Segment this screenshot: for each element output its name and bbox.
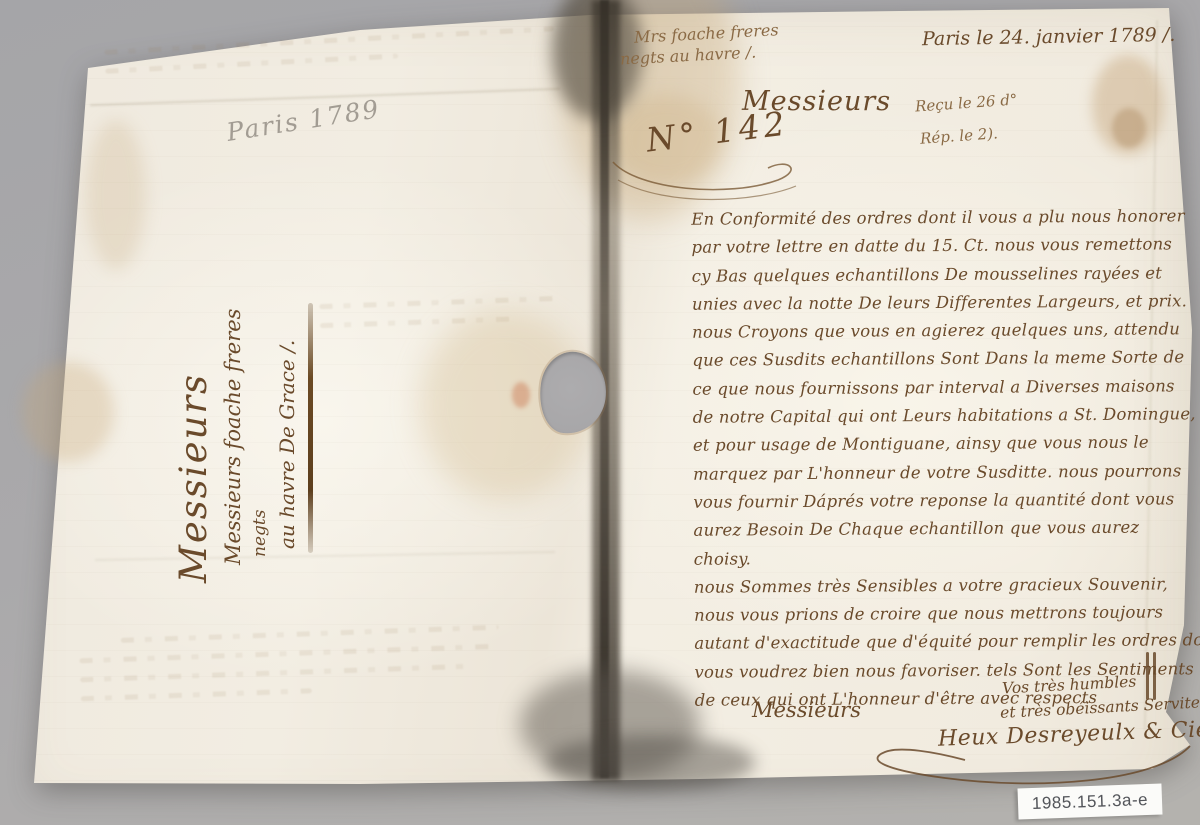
photograph-background: Mrs foache freres negts au havre /. Pari… [0, 0, 1200, 825]
body-line: vous fournir Dáprés votre reponse la qua… [693, 485, 1193, 517]
body-line: marquez par L'honneur de votre Susditte.… [693, 457, 1193, 489]
address-line: Messieurs [170, 253, 218, 583]
margin-ink-marks [1146, 652, 1158, 700]
address-line: Messieurs foache freres [218, 253, 248, 565]
body-line: par votre lettre en datte du 15. Ct. nou… [691, 231, 1191, 263]
accession-number: 1985.151.3a-e [1032, 789, 1149, 813]
dateline: Paris le 24. janvier 1789 /. [922, 24, 1176, 50]
body-line: nous vous prions de croire que nous mett… [694, 598, 1194, 630]
body-line: cy Bas quelques echantillons De mousseli… [692, 259, 1192, 291]
body-line: nous Sommes très Sensibles a votre graci… [694, 570, 1194, 602]
body-line: choisy. [694, 542, 1194, 574]
body-line: unies avec la notte De leurs Differentes… [692, 287, 1192, 319]
body-line: nous Croyons que vous en agierez quelque… [692, 315, 1192, 347]
body-line: de notre Capital qui ont Leurs habitatio… [693, 400, 1193, 432]
letter-body: En Conformité des ordres dont il vous a … [691, 202, 1195, 715]
body-line: En Conformité des ordres dont il vous a … [691, 202, 1191, 234]
body-line: que ces Susdits echantillons Sont Dans l… [692, 344, 1192, 376]
address-flourish-stroke [308, 303, 313, 553]
body-line: aurez Besoin De Chaque echantillon que v… [693, 514, 1193, 546]
address-line: au havre De Grace /. [272, 340, 302, 549]
rotated-address-block: Messieurs Messieurs foache freres negts … [170, 253, 370, 583]
body-line: ce que nous fournissons par interval a D… [692, 372, 1192, 404]
closing-messieurs: Messieurs [752, 698, 861, 722]
address-line: negts [248, 253, 272, 557]
body-line: et pour usage de Montiguane, ainsy que v… [693, 429, 1193, 461]
accession-number-label: 1985.151.3a-e [1018, 783, 1163, 819]
body-line: autant d'exactitude que d'équité pour re… [694, 627, 1194, 659]
